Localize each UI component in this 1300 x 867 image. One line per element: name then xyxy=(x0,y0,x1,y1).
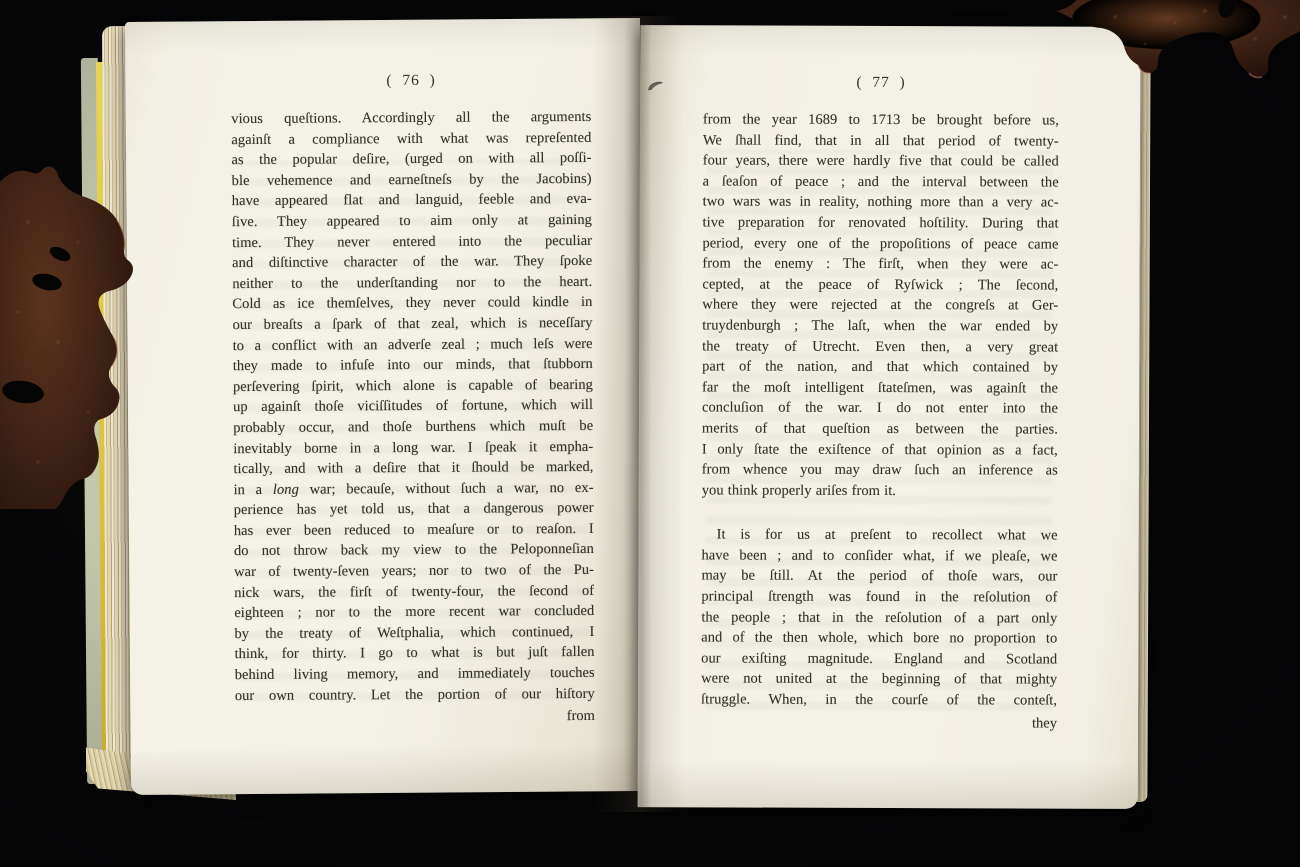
text-line: in a long war; becauſe, without ſuch a w… xyxy=(233,478,593,501)
text-line: may be ſtill. At the period of thoſe war… xyxy=(701,566,1057,588)
text-line: the treaty of Utrecht. Even then, a very… xyxy=(702,336,1058,358)
text-line: and of the then whole, which bore no pro… xyxy=(701,628,1057,650)
text-line: cepted, at the peace of Ryſwick ; The ſe… xyxy=(702,274,1058,296)
text-line: period, every one of the propoſitions of… xyxy=(702,233,1058,255)
text-line: the people ; that in the reſolution of a… xyxy=(701,607,1057,629)
text-line: I only ſtate the exiſtence of that opini… xyxy=(702,439,1058,461)
text-line: time. They never entered into the peculi… xyxy=(232,230,592,253)
ink-smudge xyxy=(646,80,664,92)
text-line: from the year 1689 to 1713 be brought be… xyxy=(703,109,1059,131)
copper-cutout-top-right xyxy=(1055,0,1300,92)
text-line: up againſt thoſe viciſſitudes of fortune… xyxy=(233,395,593,418)
text-line: probably occur, and thoſe burthens which… xyxy=(233,416,593,439)
text-line: from the enemy : The firſt, when they we… xyxy=(702,254,1058,276)
text-line: perſevering ſpirit, which alone is capab… xyxy=(233,375,593,398)
text-line: tically, and with a deſire that it ſhoul… xyxy=(233,457,593,480)
text-line: our breaſts a ſpark of that zeal, which … xyxy=(232,313,592,336)
text-line: has ever been reduced to meaſure or to r… xyxy=(234,519,594,542)
text-line: perience has yet told us, that a dangero… xyxy=(234,498,594,521)
text-line: eighteen ; nor to the more recent war co… xyxy=(234,601,594,624)
text-line: by the treaty of Weſtphalia, which conti… xyxy=(234,622,594,645)
text-line: four years, there were hardly five that … xyxy=(703,151,1059,173)
text-line: from whence you may draw ſuch an inferen… xyxy=(702,460,1058,482)
text-line: they made to infuſe into our minds, that… xyxy=(233,354,593,377)
text-line: you think properly ariſes from it. xyxy=(702,480,1058,502)
text-line: two wars was in reality, nothing more th… xyxy=(703,192,1059,214)
right-page-text-column: ( 77 ) from the year 1689 to 1713 be bro… xyxy=(701,73,1059,733)
text-line: merits of that queſtion as between the p… xyxy=(702,418,1058,440)
text-line: to a conflict with an adverſe zeal ; muc… xyxy=(233,333,593,356)
text-line: truydenburgh ; The laſt, when the war en… xyxy=(702,315,1058,337)
catchword-left: from xyxy=(235,706,595,729)
page-number-left: ( 76 ) xyxy=(231,71,591,91)
text-line: far the moſt intelligent ſtateſmen, was … xyxy=(702,377,1058,399)
text-line: nick wars, the firſt of twenty-four, the… xyxy=(234,581,594,604)
text-line: tive preparation for renovated hoſtility… xyxy=(703,212,1059,234)
text-line: behind living memory, and immediately to… xyxy=(235,663,595,686)
text-line: have been ; and to conſider what, if we … xyxy=(701,545,1057,567)
text-line: inevitably borne in a long war. I ſpeak … xyxy=(233,436,593,459)
text-line: our exiſting magnitude. England and Scot… xyxy=(701,648,1057,670)
right-page-body-text: from the year 1689 to 1713 be brought be… xyxy=(701,109,1059,711)
text-line: a ſeaſon of peace ; and the interval bet… xyxy=(703,171,1059,193)
text-line: neither to the underſtanding nor to the … xyxy=(232,272,592,295)
text-line: have appeared flat and languid, feeble a… xyxy=(232,189,592,212)
paragraph-gap xyxy=(702,501,1058,526)
text-line: ſtruggle. When, in the courſe of the con… xyxy=(701,689,1057,711)
text-line: think, for thirty. I go to what is but j… xyxy=(234,642,594,665)
left-page-text-column: ( 76 ) vious queſtions. Accordingly all … xyxy=(231,71,595,729)
text-line: principal ſtrength was found in the reſo… xyxy=(701,587,1057,609)
text-line: our own country. Let the portion of our … xyxy=(235,684,595,707)
text-line: war of twenty-ſeven years; nor to two of… xyxy=(234,560,594,583)
text-line: where they were rejected at the congreſs… xyxy=(702,295,1058,317)
catchword-right: they xyxy=(701,712,1057,734)
text-line: and diſtinctive character of the war. Th… xyxy=(232,251,592,274)
text-line: as the popular deſire, (urged on with al… xyxy=(231,148,591,171)
text-line: ble vehemence and earneſtneſs by the Jac… xyxy=(232,169,592,192)
left-page-body-text: vious queſtions. Accordingly all the arg… xyxy=(231,107,595,706)
text-line: againſt a compliance with what was repre… xyxy=(231,127,591,150)
text-line: concluſion of the war. I do not enter in… xyxy=(702,398,1058,420)
text-line: We ſhall find, that in all that period o… xyxy=(703,130,1059,152)
text-line: It is for us at preſent to recollect wha… xyxy=(702,525,1058,547)
text-line: ſive. They appeared to aim only at gaini… xyxy=(232,210,592,233)
text-line: part of the nation, and that which conta… xyxy=(702,357,1058,379)
text-line: were not united at the beginning of that… xyxy=(701,669,1057,691)
open-book-photo: ( 76 ) vious queſtions. Accordingly all … xyxy=(0,0,1300,867)
page-number-right: ( 77 ) xyxy=(703,73,1059,92)
text-line: vious queſtions. Accordingly all the arg… xyxy=(231,107,591,130)
text-line: do not throw back my view to the Pelopon… xyxy=(234,539,594,562)
text-line: Cold as ice themſelves, they never could… xyxy=(232,292,592,315)
copper-cutout-left xyxy=(0,162,138,509)
